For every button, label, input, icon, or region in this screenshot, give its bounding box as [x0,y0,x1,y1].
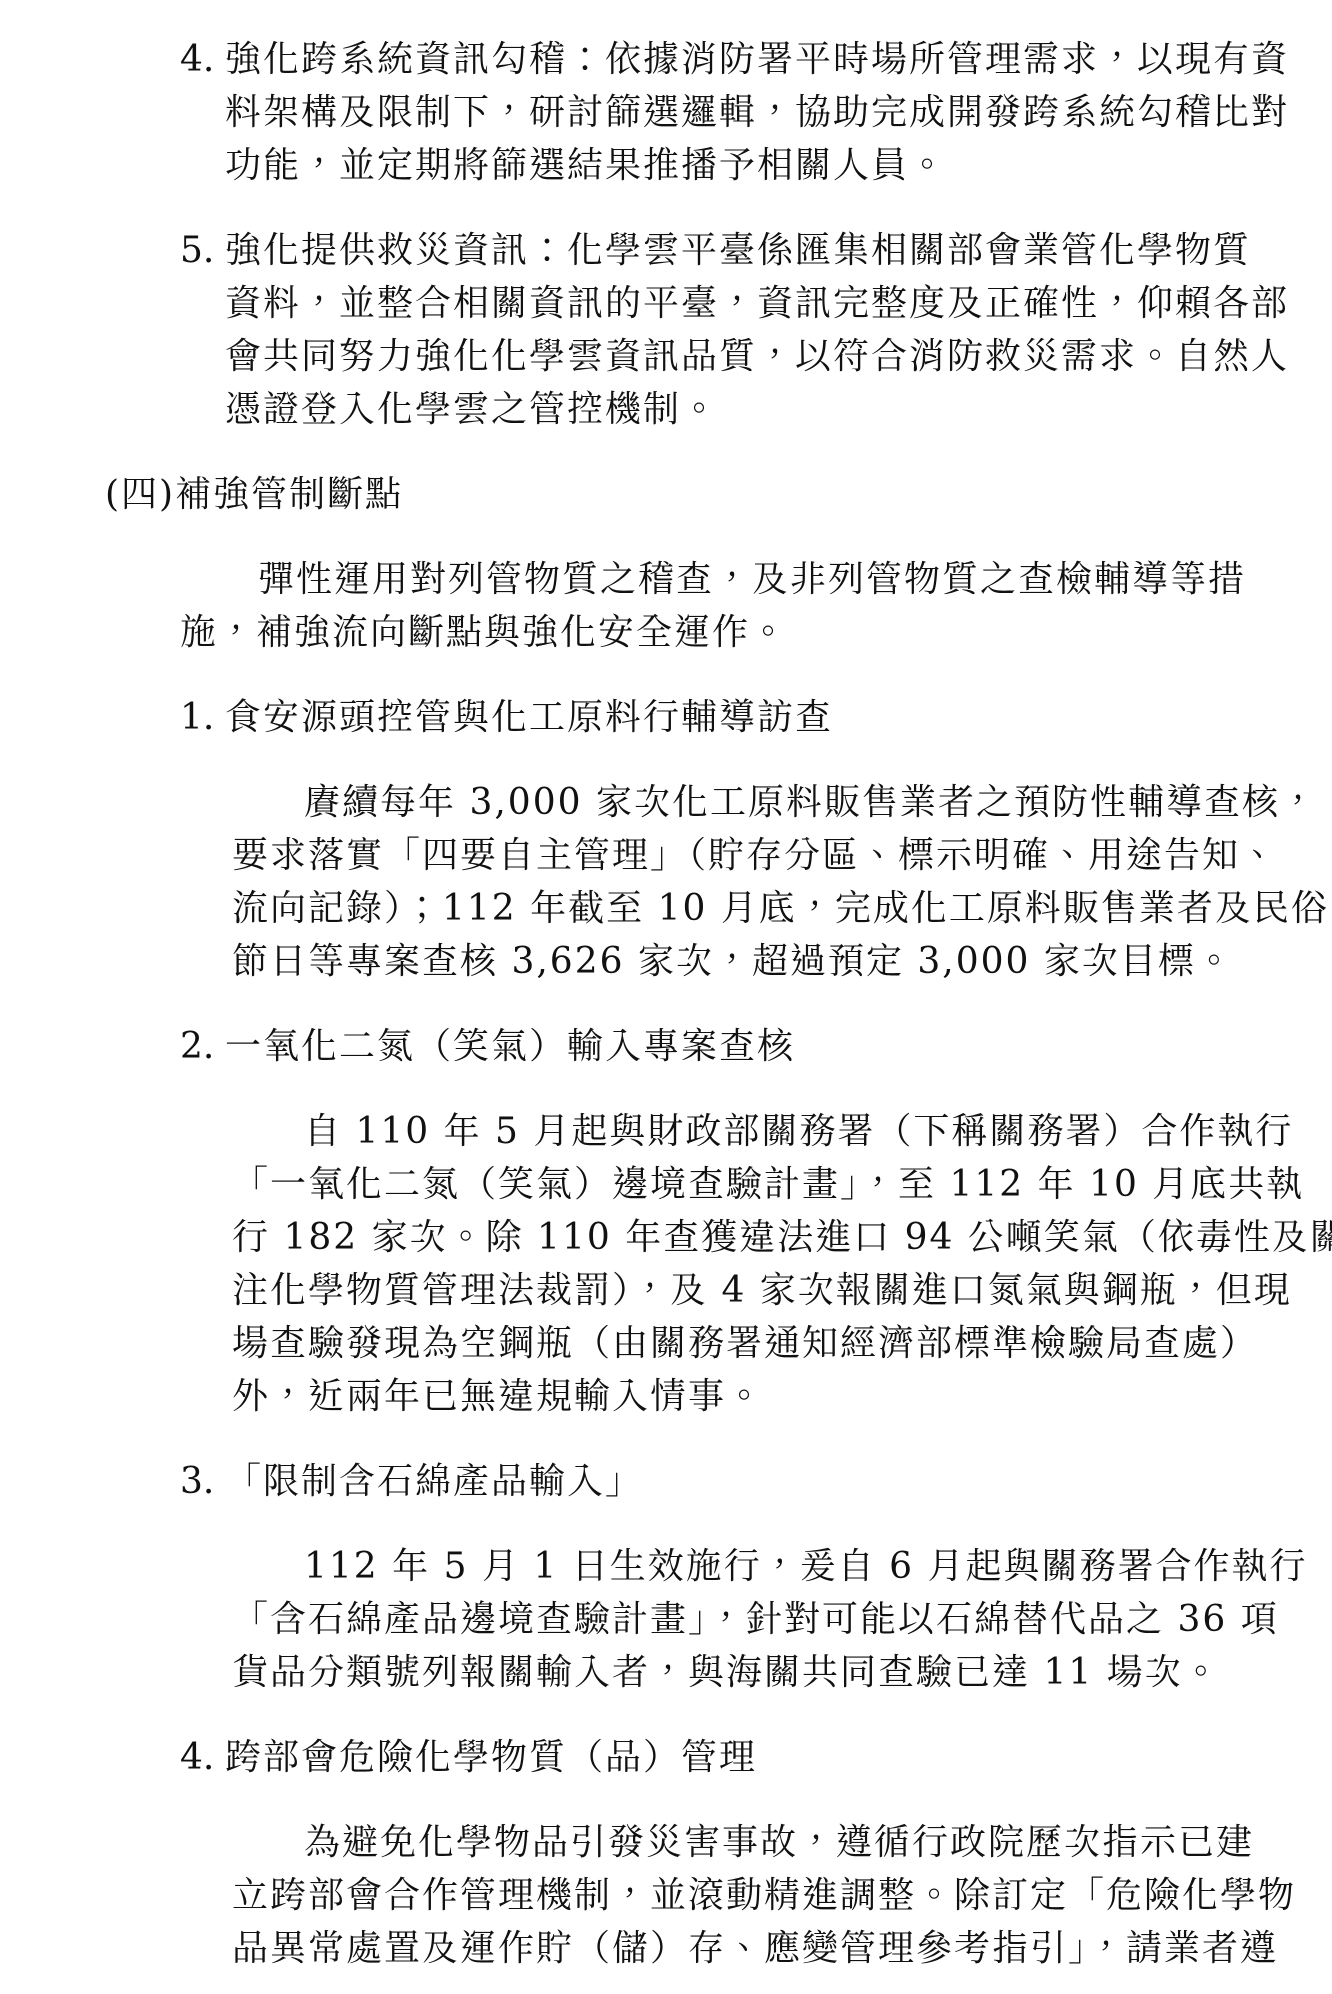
text-line: 立跨部會合作管理機制，並滾動精進調整。除訂定「危險化學物 [232,1869,1332,1922]
list-item: 4. 跨部會危險化學物質（品）管理 [0,1731,1332,1784]
text-line: 「一氧化二氮（笑氣）邊境查驗計畫」，至 112 年 10 月底共執 [232,1158,1332,1211]
text-line: 品異常處置及運作貯（儲）存、應變管理參考指引」，請業者遵 [232,1922,1332,1975]
paragraph: 為避免化學物品引發災害事故，遵循行政院歷次指示已建 立跨部會合作管理機制，並滾動… [232,1816,1332,1975]
text-line: 一氧化二氮（笑氣）輸入專案查核 [225,1020,1332,1073]
text-line: 為避免化學物品引發災害事故，遵循行政院歷次指示已建 [232,1816,1332,1869]
list-item: 2. 一氧化二氮（笑氣）輸入專案查核 [0,1020,1332,1073]
text-line: 112 年 5 月 1 日生效施行，爰自 6 月起與關務署合作執行 [232,1540,1332,1593]
list-item: 1. 食安源頭控管與化工原料行輔導訪查 [0,691,1332,744]
text-line: 注化學物質管理法裁罰），及 4 家次報關進口氮氣與鋼瓶，但現 [232,1264,1332,1317]
paragraph: 自 110 年 5 月起與財政部關務署（下稱關務署）合作執行 「一氧化二氮（笑氣… [232,1105,1332,1423]
text-line: 食安源頭控管與化工原料行輔導訪查 [225,691,1332,744]
list-item-number: 4. [180,1731,214,1784]
text-line: 施，補強流向斷點與強化安全運作。 [180,606,1332,659]
text-line: 「含石綿產品邊境查驗計畫」，針對可能以石綿替代品之 36 項 [232,1593,1332,1646]
section-heading: (四)補強管制斷點 [105,468,1332,521]
paragraph: 賡續每年 3,000 家次化工原料販售業者之預防性輔導查核， 要求落實「四要自主… [232,776,1332,988]
list-item-number: 2. [180,1020,214,1073]
text-line: 彈性運用對列管物質之稽查，及非列管物質之查檢輔導等措 [180,553,1332,606]
text-line: 強化提供救災資訊：化學雲平臺係匯集相關部會業管化學物質 [225,224,1332,277]
text-line: 功能，並定期將篩選結果推播予相關人員。 [225,139,1332,192]
text-line: 貨品分類號列報關輸入者，與海關共同查驗已達 11 場次。 [232,1646,1332,1699]
text-line: 自 110 年 5 月起與財政部關務署（下稱關務署）合作執行 [232,1105,1332,1158]
text-line: 強化跨系統資訊勾稽：依據消防署平時場所管理需求，以現有資 [225,33,1332,86]
text-line: 資料，並整合相關資訊的平臺，資訊完整度及正確性，仰賴各部 [225,277,1332,330]
text-line: 憑證登入化學雲之管控機制。 [225,383,1332,436]
text-line: 要求落實「四要自主管理」（貯存分區、標示明確、用途告知、 [232,829,1332,882]
text-line: 賡續每年 3,000 家次化工原料販售業者之預防性輔導查核， [232,776,1332,829]
text-line: 場查驗發現為空鋼瓶（由關務署通知經濟部標準檢驗局查處） [232,1317,1332,1370]
list-item: 4. 強化跨系統資訊勾稽：依據消防署平時場所管理需求，以現有資 料架構及限制下，… [0,33,1332,192]
text-line: 跨部會危險化學物質（品）管理 [225,1731,1332,1784]
text-line: 料架構及限制下，研討篩選邏輯，協助完成開發跨系統勾稽比對 [225,86,1332,139]
document-page: 4. 強化跨系統資訊勾稽：依據消防署平時場所管理需求，以現有資 料架構及限制下，… [0,0,1332,1994]
text-line: 會共同努力強化化學雲資訊品質，以符合消防救災需求。自然人 [225,330,1332,383]
text-line: 節日等專案查核 3,626 家次，超過預定 3,000 家次目標。 [232,935,1332,988]
text-line: 流向記錄）；112 年截至 10 月底，完成化工原料販售業者及民俗 [232,882,1332,935]
text-line: 行 182 家次。除 110 年查獲違法進口 94 公噸笑氣（依毒性及關 [232,1211,1332,1264]
paragraph: 彈性運用對列管物質之稽查，及非列管物質之查檢輔導等措 施，補強流向斷點與強化安全… [180,553,1332,659]
list-item: 5. 強化提供救災資訊：化學雲平臺係匯集相關部會業管化學物質 資料，並整合相關資… [0,224,1332,436]
list-item-number: 4. [180,33,214,86]
list-item-number: 5. [180,224,214,277]
text-line: 「限制含石綿產品輸入」 [225,1455,1332,1508]
list-item-number: 3. [180,1455,214,1508]
section-heading-text: (四)補強管制斷點 [105,468,1332,521]
text-line: 外，近兩年已無違規輸入情事。 [232,1370,1332,1423]
list-item: 3. 「限制含石綿產品輸入」 [0,1455,1332,1508]
list-item-number: 1. [180,691,214,744]
paragraph: 112 年 5 月 1 日生效施行，爰自 6 月起與關務署合作執行 「含石綿產品… [232,1540,1332,1699]
